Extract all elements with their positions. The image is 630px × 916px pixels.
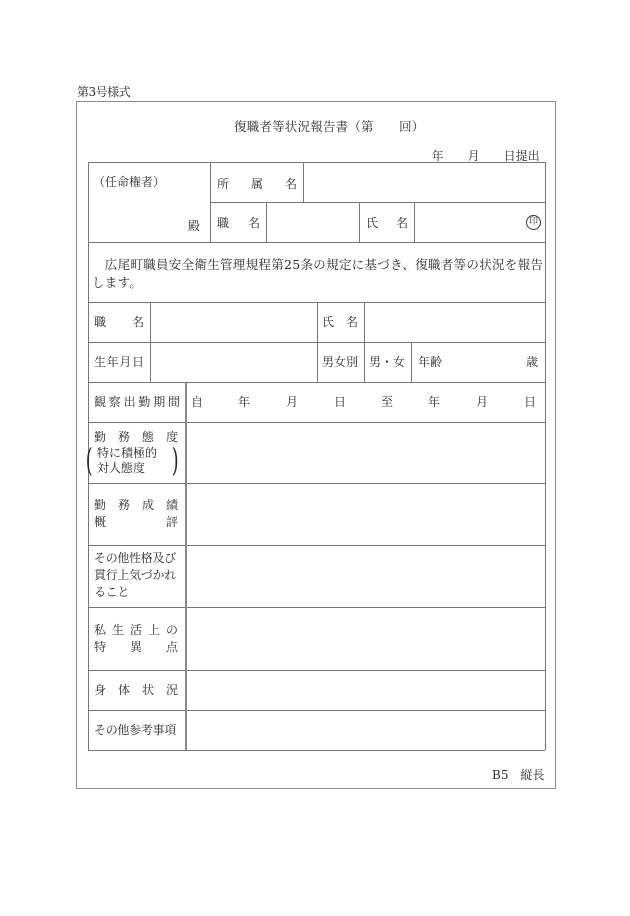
period-to-month: 月 — [476, 396, 488, 408]
table-border-right — [545, 162, 546, 750]
person-name-label: 氏 名 — [322, 316, 358, 328]
submit-date: 年月日提出 — [424, 133, 540, 164]
period-from-month: 月 — [286, 396, 298, 408]
department-field[interactable] — [304, 163, 544, 201]
paper-size-note: B5 縦長 — [492, 766, 544, 783]
birthdate-field[interactable] — [151, 343, 316, 381]
person-position-field[interactable] — [151, 303, 316, 341]
divider — [210, 162, 211, 242]
seal-icon: 印 — [526, 215, 541, 230]
other-notes-field[interactable] — [187, 711, 544, 749]
submit-year-label: 年 — [432, 149, 444, 163]
form-number: 第3号様式 — [77, 83, 130, 100]
physical-condition-field[interactable] — [187, 671, 544, 709]
divider — [88, 382, 545, 383]
work-performance-label: 勤 務 成 績 概 評 — [94, 497, 178, 531]
work-attitude-field[interactable] — [187, 423, 544, 482]
statement-text: 広尾町職員安全衛生管理規程第25条の規定に基づき、復職者等の状況を報告します。 — [92, 256, 544, 292]
left-paren: ( — [86, 444, 93, 476]
divider — [411, 342, 412, 382]
divider — [88, 242, 545, 243]
submit-month-label: 月 — [468, 149, 480, 163]
honorific-label: 殿 — [188, 220, 200, 232]
birthdate-label: 生 年 月 日 — [94, 356, 144, 368]
work-attitude-note: ( 特に積極的 対人態度 ) — [89, 446, 175, 478]
age-unit: 歳 — [526, 356, 538, 368]
divider — [317, 302, 318, 382]
period-to-label: 至 — [381, 396, 393, 408]
note-line: 対人態度 — [97, 461, 157, 476]
period-from-year: 年 — [238, 396, 250, 408]
person-name-field[interactable] — [365, 303, 544, 341]
physical-condition-label: 身 体 状 況 — [94, 684, 178, 696]
note-line: 特に積極的 — [97, 446, 157, 461]
period-to-day: 日 — [524, 396, 536, 408]
sex-label: 男女別 — [322, 356, 358, 368]
observation-period-label: 観 察 出 勤 期 間 — [94, 396, 180, 408]
right-paren: ) — [171, 444, 178, 476]
work-attitude-label: 勤 務 態 度 — [94, 431, 178, 443]
appointer-label: （任命権者） — [93, 176, 165, 188]
table-border-bottom — [88, 750, 545, 751]
person-position-label: 職 名 — [94, 316, 144, 328]
period-from-day: 日 — [334, 396, 346, 408]
age-label: 年齢 — [418, 356, 442, 368]
personality-notes-label: その他性格及び 貫行上気づかれ ること — [94, 550, 180, 601]
period-from-label: 自 — [191, 396, 203, 408]
position-label: 職 名 — [217, 217, 260, 229]
department-label: 所 属 名 — [217, 178, 297, 190]
work-performance-field[interactable] — [187, 484, 544, 544]
submit-day-label: 日提出 — [504, 149, 540, 163]
divider — [359, 202, 360, 242]
form-title: 復職者等状況報告書（第 回） — [234, 117, 425, 135]
name-label: 氏 名 — [366, 217, 408, 229]
sex-options[interactable]: 男・女 — [369, 356, 405, 368]
other-notes-label: その他参考事項 — [94, 724, 176, 736]
name-field[interactable] — [415, 203, 520, 241]
private-life-label: 私 生 活 上 の 特 異 点 — [94, 622, 178, 656]
period-to-year: 年 — [428, 396, 440, 408]
age-field[interactable] — [450, 343, 520, 381]
personality-notes-field[interactable] — [187, 546, 544, 606]
position-field[interactable] — [267, 203, 358, 241]
private-life-field[interactable] — [187, 608, 544, 669]
